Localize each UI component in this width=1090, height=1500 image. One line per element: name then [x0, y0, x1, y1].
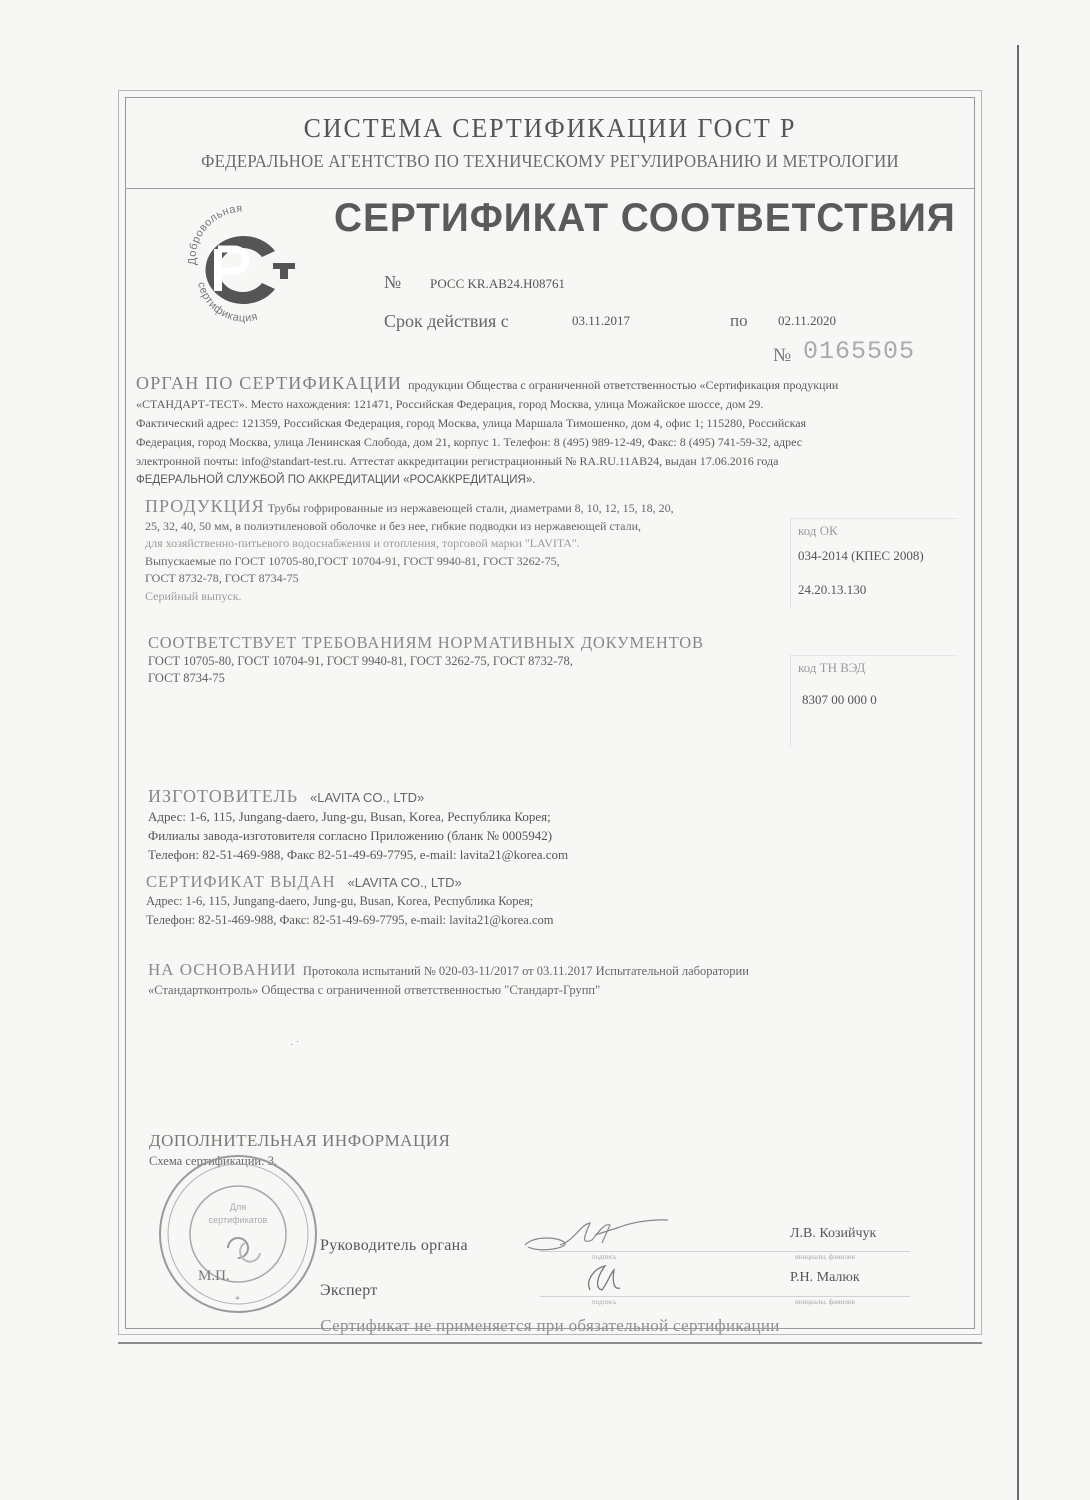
agency-name: ФЕДЕРАЛЬНОЕ АГЕНТСТВО ПО ТЕХНИЧЕСКОМУ РЕ… [155, 151, 946, 172]
code-ok-value: 24.20.13.130 [798, 582, 866, 598]
organ-line: Фактический адрес: 121359, Российская Фе… [136, 414, 961, 433]
stamp-text: сертификатов [209, 1215, 268, 1225]
footer-faint-print: · · · · · · · · · · · · · · · · · · · · … [390, 1361, 532, 1367]
code-tn-ved-box: код ТН ВЭД 8307 00 000 0 [790, 655, 958, 747]
conforms-heading: СООТВЕТСТВУЕТ ТРЕБОВАНИЯМ НОРМАТИВНЫХ ДО… [148, 633, 788, 653]
organ-line: ФЕДЕРАЛЬНОЙ СЛУЖБОЙ ПО АККРЕДИТАЦИИ «РОС… [136, 471, 961, 490]
bottom-border [118, 1342, 982, 1344]
expert-name: Р.Н. Малюк [790, 1270, 860, 1286]
svg-text:*: * [235, 1295, 240, 1306]
manufacturer-line: Адрес: 1-6, 115, Jungang-daero, Jung-gu,… [148, 807, 768, 826]
product-line: Выпускаемые по ГОСТ 10705-80,ГОСТ 10704-… [145, 553, 765, 571]
manufacturer-heading: ИЗГОТОВИТЕЛЬ [148, 786, 298, 806]
manufacturer-section: ИЗГОТОВИТЕЛЬ«LAVITA CO., LTD» Адрес: 1-6… [148, 786, 768, 864]
stamp-text: Для [230, 1202, 246, 1212]
seal-stamp-icon: Для сертификатов М.П. * [150, 1148, 325, 1318]
code-ok-label: код ОК [798, 523, 838, 539]
organ-line: Федерация, город Москва, улица Ленинская… [136, 433, 961, 452]
manufacturer-line: Телефон: 82-51-469-988, Факс 82-51-49-69… [148, 845, 768, 864]
blank-number: 0165505 [803, 337, 915, 366]
disclaimer: Сертификат не применяется при обязательн… [125, 1316, 975, 1336]
product-line: для хозяйственно-питьевого водоснабжения… [145, 535, 765, 553]
product-line: ГОСТ 8732-78, ГОСТ 8734-75 [145, 570, 765, 588]
certification-body-heading: ОРГАН ПО СЕРТИФИКАЦИИ [136, 373, 402, 393]
signature-caption: подпись [592, 1253, 616, 1261]
valid-to-label: по [730, 311, 748, 331]
conforms-line: ГОСТ 8734-75 [148, 670, 788, 687]
code-ok-box: код ОК 034-2014 (КПЕС 2008) 24.20.13.130 [790, 518, 958, 608]
system-title: СИСТЕМА СЕРТИФИКАЦИИ ГОСТ Р [142, 113, 958, 144]
signature-line [540, 1296, 690, 1297]
conforms-line: ГОСТ 10705-80, ГОСТ 10704-91, ГОСТ 9940-… [148, 653, 788, 670]
issued-to-line: Телефон: 82-51-469-988, Факс: 82-51-49-6… [146, 911, 766, 930]
scan-specks: · ˙ [290, 1040, 299, 1051]
validity-label: Срок действия с [384, 311, 509, 332]
product-line: Трубы гофрированные из нержавеющей стали… [268, 501, 674, 515]
rst-logo-icon: Добровольная сертификация [178, 203, 308, 328]
product-heading: ПРОДУКЦИЯ [145, 496, 265, 516]
code-ok-classifier: 034-2014 (КПЕС 2008) [798, 548, 924, 564]
blank-number-sign: № [773, 345, 791, 367]
conforms-section: СООТВЕТСТВУЕТ ТРЕБОВАНИЯМ НОРМАТИВНЫХ ДО… [148, 633, 788, 687]
basis-section: НА ОСНОВАНИИ Протокола испытаний № 020-0… [148, 960, 968, 1000]
stamp-mp: М.П. [198, 1268, 230, 1284]
basis-line: «Стандартконтроль» Общества с ограниченн… [148, 981, 968, 1000]
header-divider [125, 188, 975, 189]
product-section: ПРОДУКЦИЯ Трубы гофрированные из нержаве… [145, 498, 765, 605]
basis-line: Протокола испытаний № 020-03-11/2017 от … [303, 964, 749, 978]
expert-signature-icon [580, 1260, 630, 1300]
valid-from-date: 03.11.2017 [572, 313, 630, 329]
expert-label: Эксперт [320, 1282, 378, 1300]
certification-body-section: ОРГАН ПО СЕРТИФИКАЦИИ продукции Общества… [136, 374, 961, 490]
name-caption: инициалы, фамилия [795, 1253, 855, 1261]
basis-heading: НА ОСНОВАНИИ [148, 960, 297, 979]
certificate-number: РОСС KR.AB24.H08761 [430, 276, 565, 292]
issued-to-line: Адрес: 1-6, 115, Jungang-daero, Jung-gu,… [146, 892, 766, 911]
issued-to-company: «LAVITA CO., LTD» [348, 875, 462, 890]
head-of-body-label: Руководитель органа [320, 1237, 468, 1255]
manufacturer-company: «LAVITA CO., LTD» [310, 790, 424, 805]
code-tn-ved-label: код ТН ВЭД [798, 660, 865, 676]
organ-line: «СТАНДАРТ-ТЕСТ». Место нахождения: 12147… [136, 395, 961, 414]
organ-line: электронной почты: info@standart-test.ru… [136, 452, 961, 471]
signature-caption: подпись [592, 1298, 616, 1306]
organ-line: продукции Общества с ограниченной ответс… [408, 378, 838, 392]
certificate-title: СЕРТИФИКАТ СООТВЕТСТВИЯ [334, 196, 956, 241]
name-line [690, 1296, 910, 1297]
signature-line [540, 1251, 690, 1252]
product-line: 25, 32, 40, 50 мм, в полиэтиленовой обол… [145, 518, 765, 536]
name-caption: инициалы, фамилия [795, 1298, 855, 1306]
valid-to-date: 02.11.2020 [778, 313, 836, 329]
manufacturer-line: Филиалы завода-изготовителя согласно При… [148, 826, 768, 845]
code-tn-ved-value: 8307 00 000 0 [802, 692, 877, 708]
issued-to-section: СЕРТИФИКАТ ВЫДАН«LAVITA CO., LTD» Адрес:… [146, 872, 766, 930]
name-line [690, 1251, 910, 1252]
head-of-body-name: Л.В. Козийчук [790, 1226, 876, 1242]
number-sign: № [384, 272, 401, 293]
product-line: Серийный выпуск. [145, 588, 765, 606]
issued-to-heading: СЕРТИФИКАТ ВЫДАН [146, 872, 336, 891]
scan-edge-line [1017, 45, 1019, 1500]
